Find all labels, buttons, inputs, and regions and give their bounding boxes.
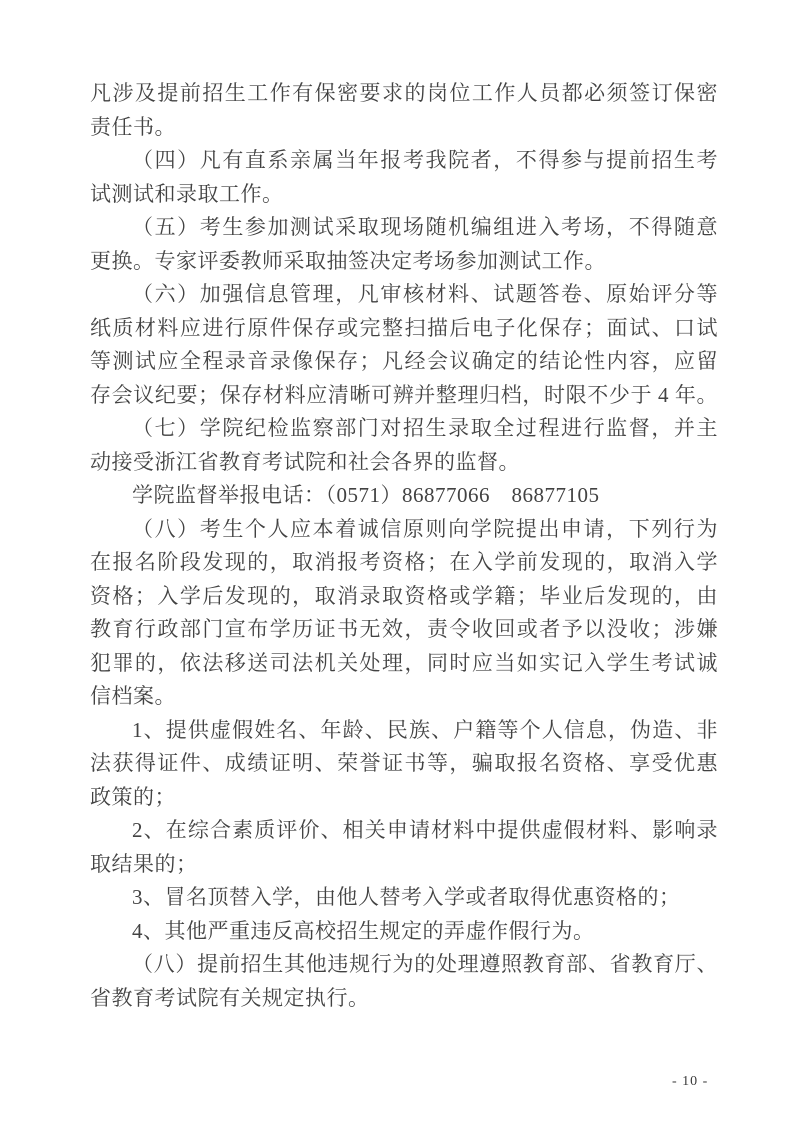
text-line: 法获得证件、成绩证明、荣誉证书等，骗取报名资格、享受优惠 bbox=[90, 747, 718, 781]
text-line: （四）凡有直系亲属当年报考我院者，不得参与提前招生考 bbox=[90, 144, 718, 178]
text-line: 动接受浙江省教育考试院和社会各界的监督。 bbox=[90, 446, 718, 480]
text-line: 试测试和录取工作。 bbox=[90, 178, 718, 212]
text-line: （八）考生个人应本着诚信原则向学院提出申请，下列行为 bbox=[90, 513, 718, 547]
text-line: 1、提供虚假姓名、年龄、民族、户籍等个人信息，伪造、非 bbox=[90, 714, 718, 748]
text-line: 学院监督举报电话：（0571）86877066 86877105 bbox=[90, 479, 718, 513]
text-line: 凡涉及提前招生工作有保密要求的岗位工作人员都必须签订保密 bbox=[90, 77, 718, 111]
page-number: - 10 - bbox=[672, 1072, 708, 1092]
text-line: （六）加强信息管理，凡审核材料、试题答卷、原始评分等 bbox=[90, 278, 718, 312]
text-line: 4、其他严重违反高校招生规定的弄虚作假行为。 bbox=[90, 915, 718, 949]
text-line: 政策的； bbox=[90, 781, 718, 815]
text-line: 存会议纪要；保存材料应清晰可辨并整理归档，时限不少于 4 年。 bbox=[90, 379, 718, 413]
text-line: 等测试应全程录音录像保存；凡经会议确定的结论性内容，应留 bbox=[90, 345, 718, 379]
text-line: 取结果的； bbox=[90, 848, 718, 882]
text-line: （七）学院纪检监察部门对招生录取全过程进行监督，并主 bbox=[90, 412, 718, 446]
document-body: 凡涉及提前招生工作有保密要求的岗位工作人员都必须签订保密责任书。（四）凡有直系亲… bbox=[90, 77, 718, 1015]
text-line: 信档案。 bbox=[90, 680, 718, 714]
text-line: 纸质材料应进行原件保存或完整扫描后电子化保存；面试、口试 bbox=[90, 312, 718, 346]
text-line: 更换。专家评委教师采取抽签决定考场参加测试工作。 bbox=[90, 245, 718, 279]
text-line: 2、在综合素质评价、相关申请材料中提供虚假材料、影响录 bbox=[90, 814, 718, 848]
text-line: 教育行政部门宣布学历证书无效，责令收回或者予以没收；涉嫌 bbox=[90, 613, 718, 647]
text-line: 资格；入学后发现的，取消录取资格或学籍；毕业后发现的，由 bbox=[90, 580, 718, 614]
text-line: 在报名阶段发现的，取消报考资格；在入学前发现的，取消入学 bbox=[90, 546, 718, 580]
text-line: 犯罪的，依法移送司法机关处理，同时应当如实记入学生考试诚 bbox=[90, 647, 718, 681]
text-line: 责任书。 bbox=[90, 111, 718, 145]
text-line: （五）考生参加测试采取现场随机编组进入考场，不得随意 bbox=[90, 211, 718, 245]
text-line: 省教育考试院有关规定执行。 bbox=[90, 982, 718, 1016]
text-line: （八）提前招生其他违规行为的处理遵照教育部、省教育厅、 bbox=[90, 948, 718, 982]
text-line: 3、冒名顶替入学，由他人替考入学或者取得优惠资格的； bbox=[90, 881, 718, 915]
document-page: 凡涉及提前招生工作有保密要求的岗位工作人员都必须签订保密责任书。（四）凡有直系亲… bbox=[0, 0, 800, 1131]
